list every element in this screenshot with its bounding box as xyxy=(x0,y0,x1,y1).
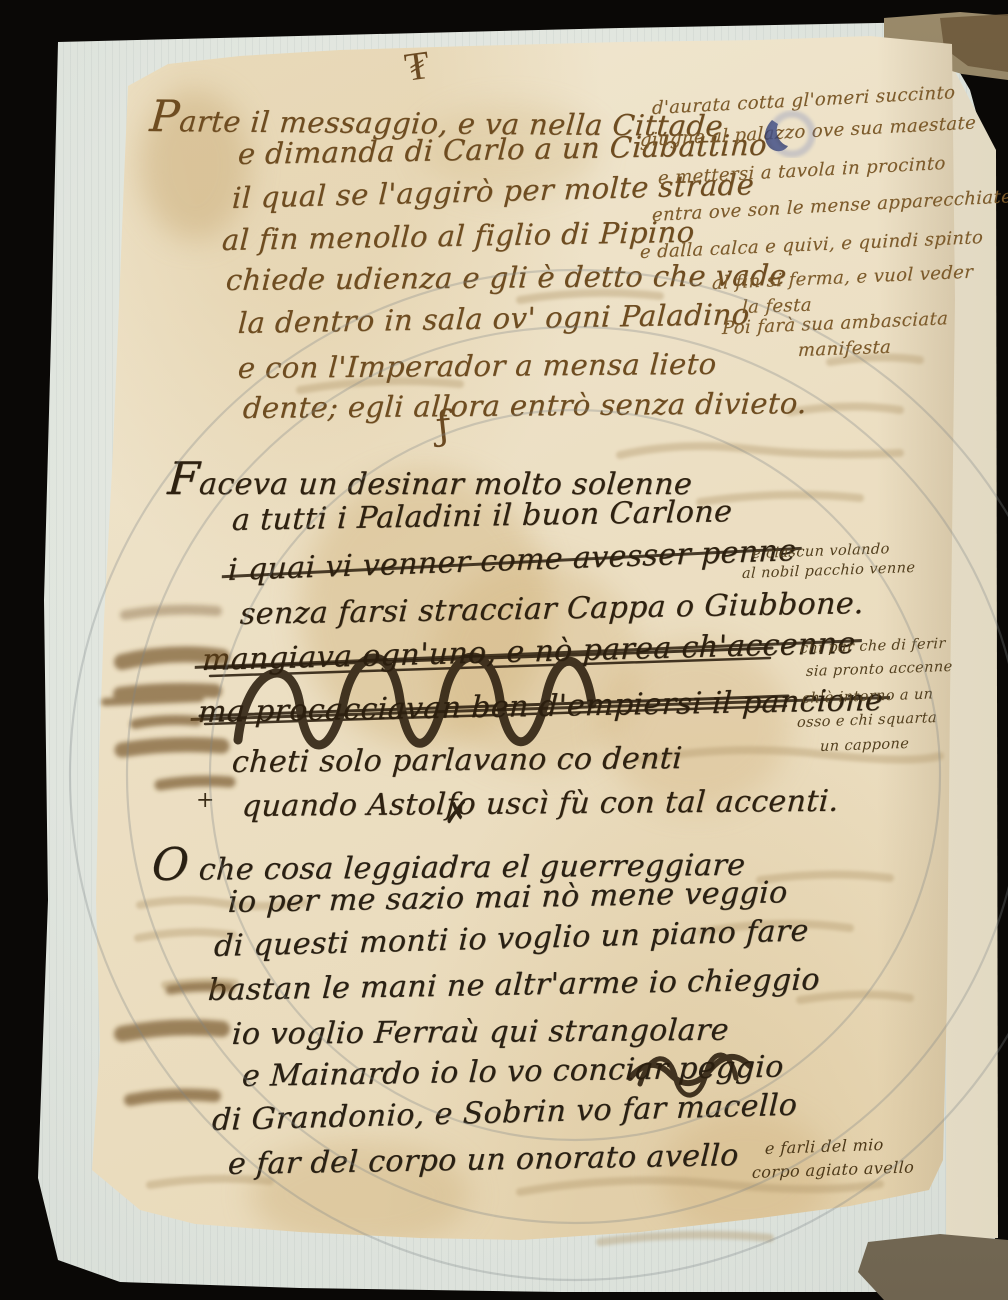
verse-line: cheti solo parlavano co denti xyxy=(231,741,683,780)
verse-line: io voglio Ferraù qui strangolare xyxy=(231,1013,730,1052)
manuscript-photo: ₮ ƒ ✗ + Parte il messaggio, e va nella C… xyxy=(0,0,1008,1300)
verse-line: quando Astolfo uscì fù con tal accenti. xyxy=(241,784,840,824)
insertion-mark: + xyxy=(196,788,214,813)
margin-note-line: un cappone xyxy=(820,736,910,755)
verse-line: chiede udienza e gli è detto che vade xyxy=(225,258,788,297)
verse-line: dente; egli allora entrò senza divieto. xyxy=(242,386,808,425)
margin-note-line: manifesta xyxy=(798,337,892,361)
verse-line: e con l'Imperador a mensa lieto xyxy=(237,347,718,385)
